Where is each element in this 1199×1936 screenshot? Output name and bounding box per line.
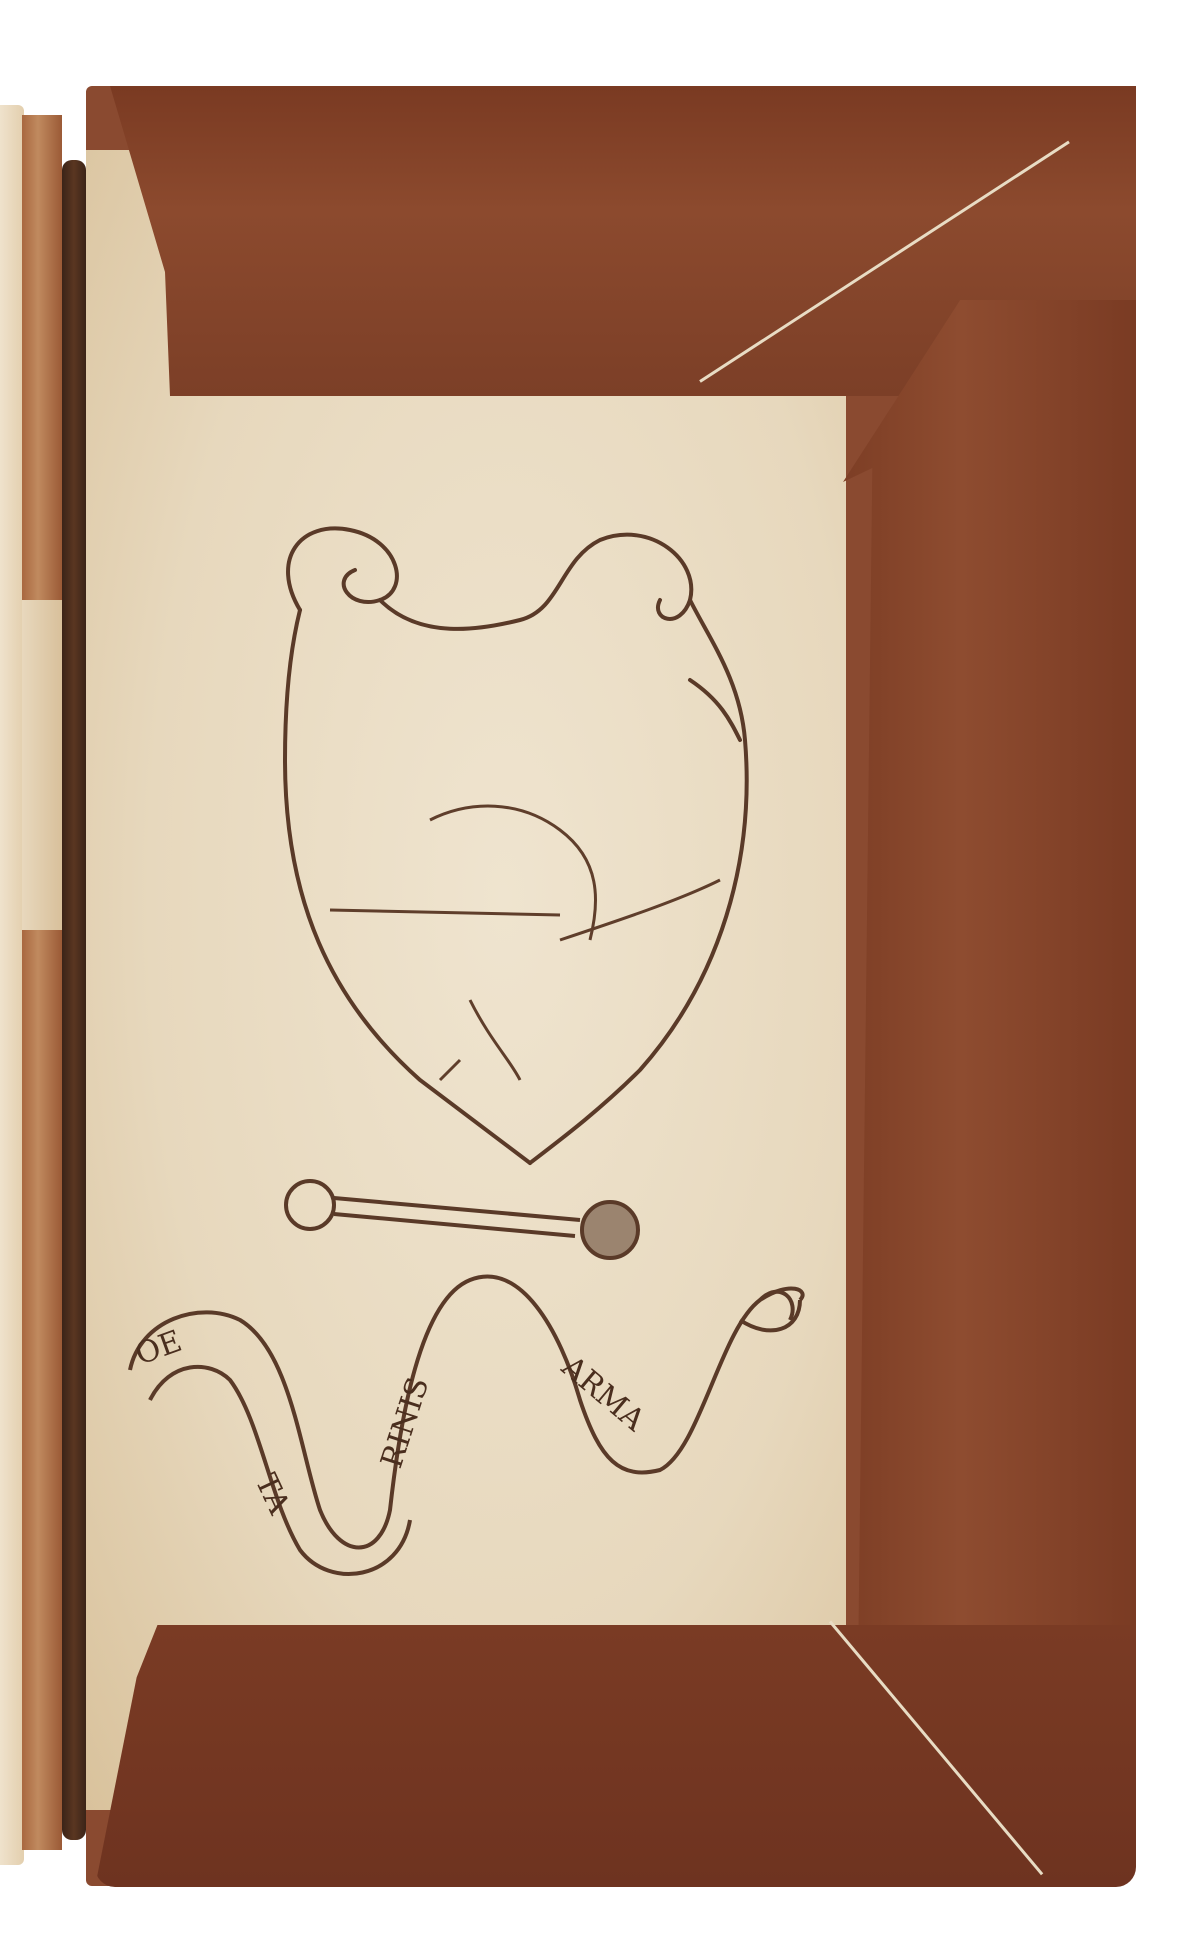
joint-hinge (62, 160, 86, 1840)
banner-text-2: TA (248, 1469, 297, 1520)
book-spine-leather (22, 115, 62, 1850)
banner-text-4: ARMA (554, 1349, 652, 1439)
spine-label-fragment (22, 600, 62, 930)
animal-figure-icon (330, 806, 720, 1080)
ribbon-banner-icon (130, 1277, 803, 1574)
banner-text-1: OE (131, 1324, 187, 1373)
ink-drawing: OE TA RINIS ARMA (86, 86, 1136, 1886)
bone-icon (286, 1181, 638, 1258)
banner-text-3: RINIS (374, 1373, 436, 1472)
book-text-block-edge (0, 105, 24, 1865)
shield-icon (285, 528, 747, 1163)
